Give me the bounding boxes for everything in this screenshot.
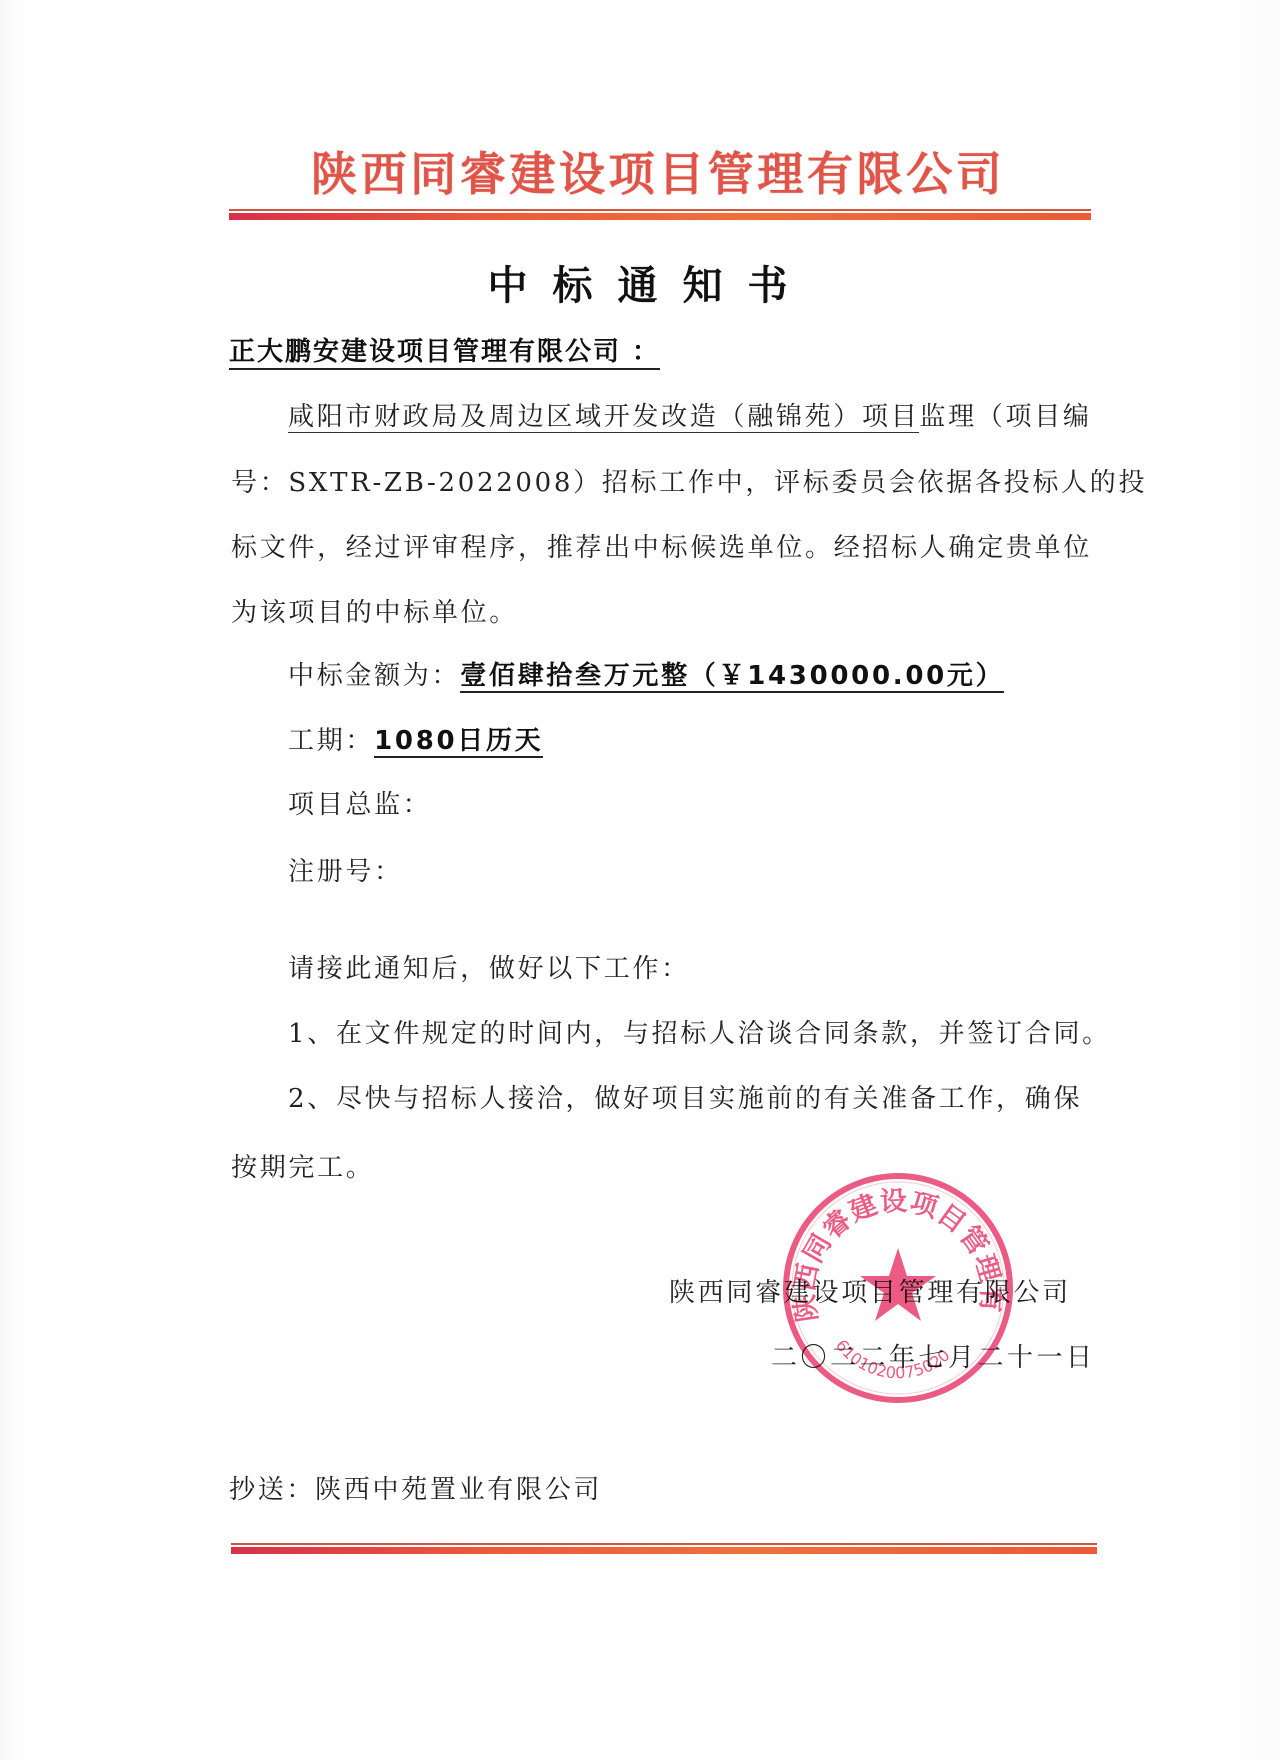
paragraph-line-2: 号：SXTR-ZB-2022008）招标工作中，评标委员会依据各投标人的投 [231,466,1147,500]
instruction-item-2-continued: 按期完工。 [231,1151,375,1185]
cc-row: 抄送：陕西中苑置业有限公司 [229,1473,602,1507]
bid-amount-label: 中标金额为： [288,661,460,691]
signature-date: 二〇二二年七月二十一日 [771,1341,1096,1375]
signature-company: 陕西同睿建设项目管理有限公司 [669,1276,1071,1310]
paragraph-line-1-tail: 监理（项目编 [919,402,1091,432]
footer-rule [231,1543,1097,1554]
bid-amount-row: 中标金额为：壹佰肆拾叁万元整（￥1430000.00元） [288,659,1004,693]
instruction-item-2: 2、尽快与招标人接洽，做好项目实施前的有关准备工作，确保 [288,1082,1082,1116]
cc-label: 抄送： [229,1475,315,1505]
project-director-row: 项目总监： [288,788,432,822]
paragraph-line-4: 为该项目的中标单位。 [231,596,518,630]
instruction-item-1: 1、在文件规定的时间内，与招标人洽谈合同条款，并签订合同。 [288,1017,1111,1051]
instructions-intro: 请接此通知后，做好以下工作： [288,952,690,986]
scanned-document-page: 陕西同睿建设项目管理有限公司 中标通知书 正大鹏安建设项目管理有限公司 ： 咸阳… [0,0,1280,1760]
registration-number-row: 注册号： [288,855,403,889]
bid-amount-value: 壹佰肆拾叁万元整（￥1430000.00元） [460,661,1004,693]
letterhead-rule-top [229,209,1091,220]
construction-period-label: 工期： [288,726,374,756]
registration-number-label: 注册号： [288,857,403,887]
construction-period-row: 工期：1080日历天 [288,724,543,758]
cc-recipient: 陕西中苑置业有限公司 [315,1475,602,1505]
document-title: 中标通知书 [0,262,1280,310]
paragraph-line-3: 标文件，经过评审程序，推荐出中标候选单位。经招标人确定贵单位 [231,531,1092,565]
construction-period-value: 1080日历天 [374,726,543,758]
recipient-company: 正大鹏安建设项目管理有限公司 ： [229,336,660,370]
project-director-label: 项目总监： [288,790,432,820]
paragraph-line-1: 咸阳市财政局及周边区域开发改造（融锦苑）项目监理（项目编 [288,400,1092,434]
project-name: 咸阳市财政局及周边区域开发改造（融锦苑）项目 [288,402,919,433]
letterhead-company-name: 陕西同睿建设项目管理有限公司 [311,146,1005,202]
